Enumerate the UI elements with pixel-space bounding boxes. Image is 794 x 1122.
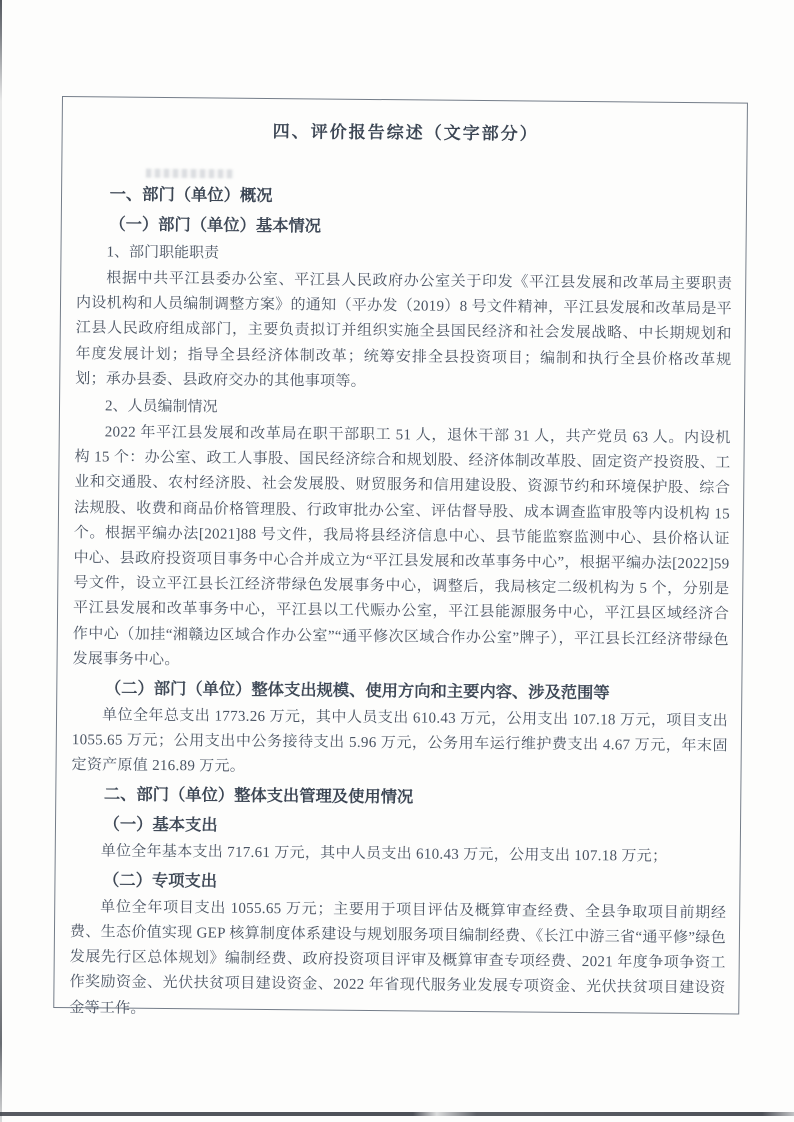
heading-section1-overview: 一、部门（单位）概况 — [77, 181, 733, 214]
paragraph-department-duties: 根据中共平江县委办公室、平江县人民政府办公室关于印发《平江县发展和改革局主要职责… — [75, 266, 732, 398]
paragraph-staffing-situation: 2022 年平江县发展和改革局在职干部职工 51 人，退休干部 31 人，共产党… — [72, 420, 730, 678]
paragraph-overall-expenditure: 单位全年总支出 1773.26 万元，其中人员支出 610.43 万元，公用支出… — [71, 703, 728, 785]
title-spacer — [77, 143, 733, 185]
scan-edge-left-artifact — [0, 0, 2, 1122]
heading-section2-expenditure-management: 二、部门（单位）整体支出管理及使用情况 — [71, 781, 727, 814]
paragraph-basic-expenditure: 单位全年基本支出 717.61 万元，其中人员支出 610.43 万元，公用支出… — [71, 839, 727, 870]
heading-overall-expenditure-scope: （二）部门（单位）整体支出规模、使用方向和主要内容、涉及范围等 — [72, 674, 728, 707]
heading-basic-expenditure: （一）基本支出 — [71, 810, 727, 843]
heading-special-expenditure: （二）专项支出 — [70, 866, 726, 899]
scanned-document-page: 四、评价报告综述（文字部分） 一、部门（单位）概况 （一）部门（单位）基本情况 … — [0, 0, 794, 1122]
scan-edge-bottom-artifact — [0, 1112, 794, 1116]
heading-section1-basic-info: （一）部门（单位）基本情况 — [77, 210, 733, 243]
document-border-frame: 四、评价报告综述（文字部分） 一、部门（单位）概况 （一）部门（单位）基本情况 … — [53, 96, 748, 1015]
paragraph-special-expenditure: 单位全年项目支出 1055.65 万元；主要用于项目评估及概算审查经费、全县争取… — [69, 895, 726, 1027]
